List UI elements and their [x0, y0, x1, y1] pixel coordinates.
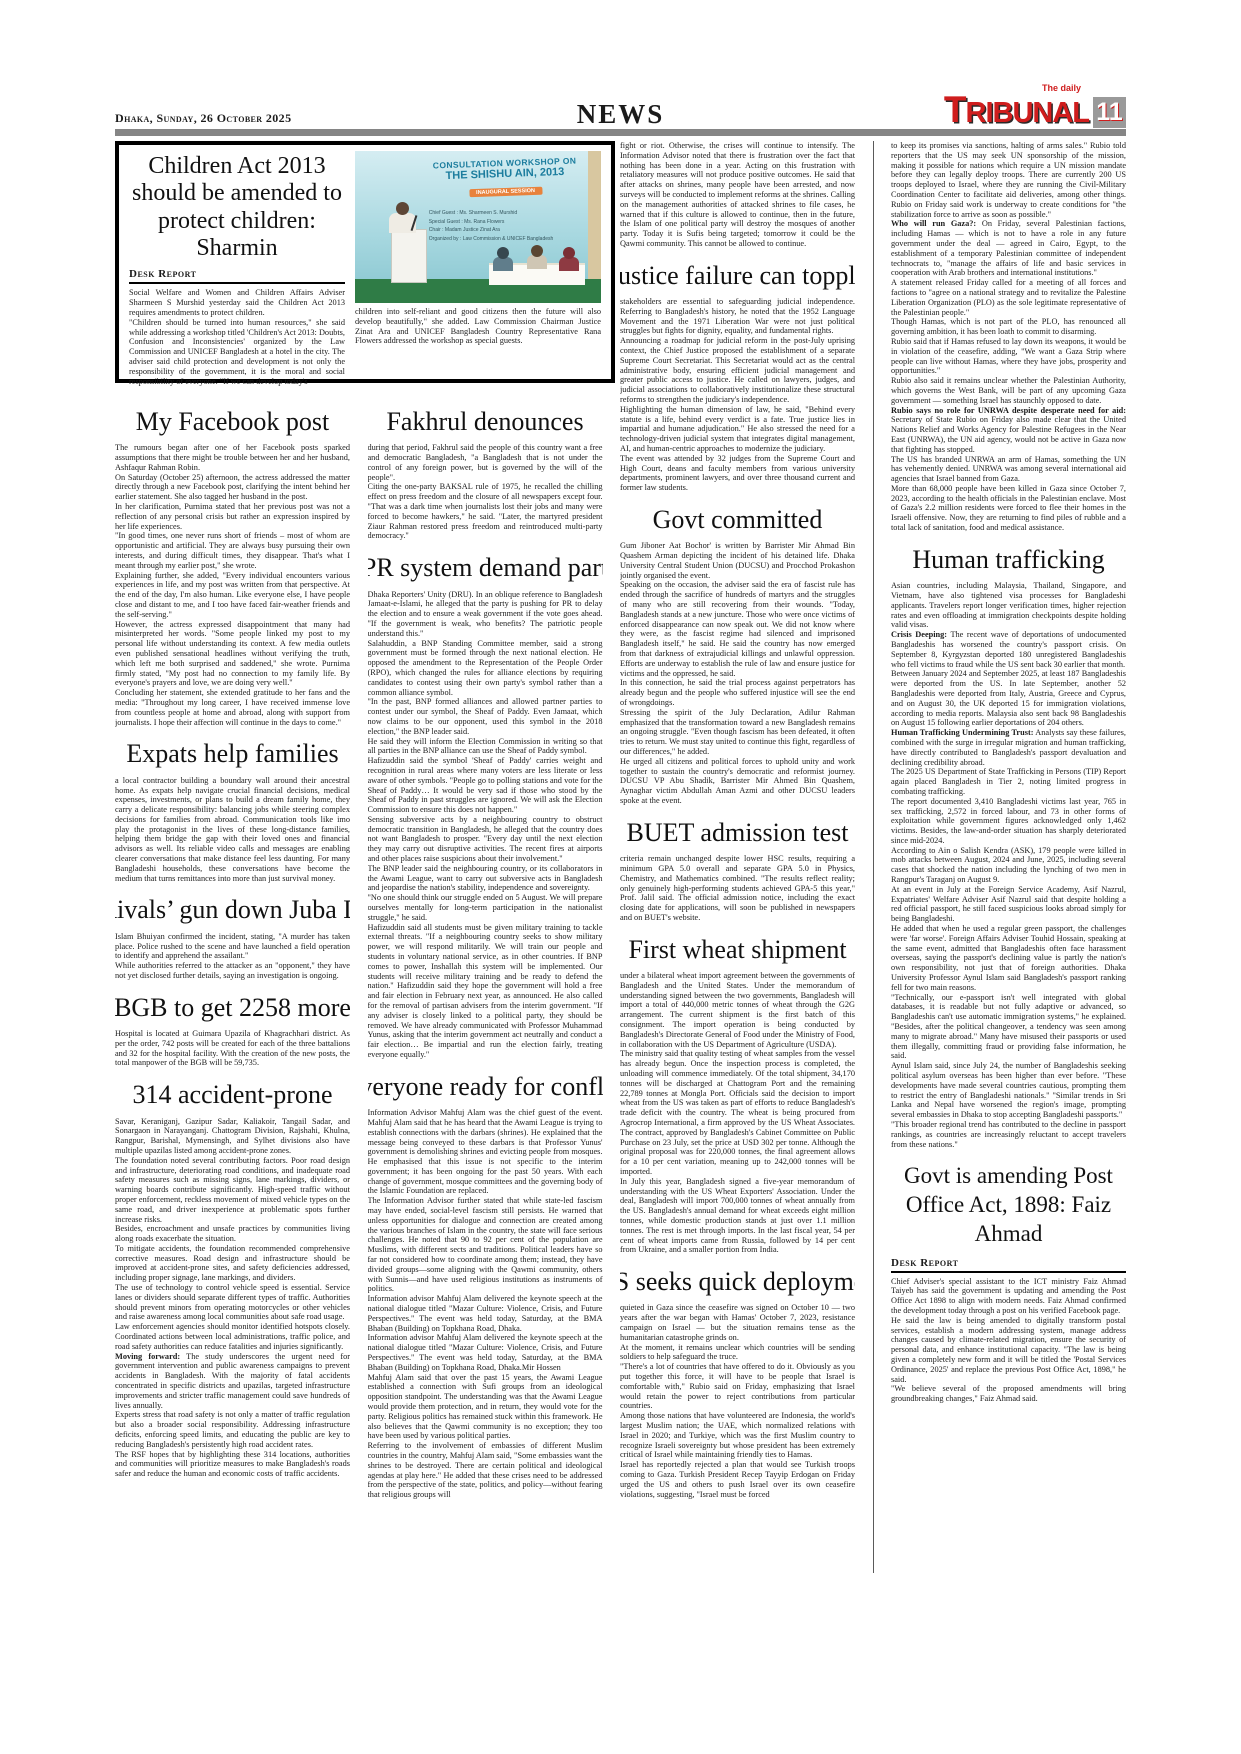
article-paragraph: Information Advisor Mahfuj Alam was the …	[368, 1108, 603, 1196]
photo-guest-figure-head	[497, 247, 509, 259]
paragraph-text: Citing the one-party BAKSAL rule of 1975…	[368, 482, 603, 540]
article-paragraph: Rubio says no role for UNRWA despite des…	[891, 406, 1126, 455]
article: PR system demand partDhaka Reporters' Un…	[368, 554, 603, 1060]
photo-guest-figure	[493, 257, 513, 271]
paragraph-text: Dhaka Reporters' Unity (DRU). In an obli…	[368, 590, 603, 638]
paragraph-text: a local contractor building a boundary w…	[115, 776, 350, 883]
article-paragraph: More than 68,000 people have been killed…	[891, 484, 1126, 533]
article: Justice failure can topplestakeholders a…	[620, 262, 855, 493]
article-paragraph: Who will run Gaza?: On Friday, several P…	[891, 219, 1126, 278]
article: to keep its promises via sanctions, halt…	[891, 141, 1126, 533]
article-paragraph: Chief Adviser's special assistant to the…	[891, 1277, 1126, 1316]
article-paragraph: quieted in Gaza since the ceasefire was …	[620, 1303, 855, 1342]
paragraph-text: Rubio said that if Hamas refused to lay …	[891, 337, 1126, 375]
masthead: The daily TRIBUNAL 11	[944, 83, 1126, 128]
article: Fakhrul denouncesduring that period, Fak…	[368, 408, 603, 541]
paragraph-text: Gum Jiboner Aat Bochor' is written by Ba…	[620, 541, 855, 579]
paragraph-text: Referring to the involvement of embassie…	[368, 1441, 603, 1499]
paragraph-text: The use of technology to control vehicle…	[115, 1283, 350, 1321]
paragraph-text: In July this year, Bangladesh signed a f…	[620, 1177, 855, 1255]
article-paragraph: to keep its promises via sanctions, halt…	[891, 141, 1126, 219]
article-paragraph: At the moment, it remains unclear which …	[620, 1343, 855, 1363]
paragraph-text: He urged all citizens and political forc…	[620, 757, 855, 805]
paragraph-text: He said they will inform the Election Co…	[368, 737, 603, 756]
paragraph-text: The US has branded UNRWA an arm of Hamas…	[891, 455, 1126, 484]
article-paragraph: Savar, Keraniganj, Gazipur Sadar, Kaliak…	[115, 1117, 350, 1156]
article-paragraph: Information advisor Mahfuj Alam delivere…	[368, 1294, 603, 1333]
article-paragraph: "We believe several of the proposed amen…	[891, 1384, 1126, 1404]
article-paragraph: stakeholders are essential to safeguardi…	[620, 297, 855, 336]
article-paragraph: In July this year, Bangladesh signed a f…	[620, 1177, 855, 1255]
article: fight or riot. Otherwise, the crises wil…	[620, 141, 855, 249]
article-paragraph: To mitigate accidents, the foundation re…	[115, 1244, 350, 1283]
article-paragraph: Experts stress that road safety is not o…	[115, 1410, 350, 1449]
article-paragraph: Speaking on the occasion, the adviser sa…	[620, 580, 855, 678]
paragraph-text: At an event in July at the Foreign Servi…	[891, 885, 1126, 923]
photo-guest-figure	[559, 257, 579, 271]
paragraph-text: "This broader regional trend has contrib…	[891, 1120, 1126, 1149]
article-paragraph: He added that when he used a regular gre…	[891, 924, 1126, 993]
article: ‘Rivals’ gun down Juba DalIslam Bhuiyan …	[115, 896, 350, 980]
article-paragraph: Israel has reportedly rejected a plan th…	[620, 1460, 855, 1499]
article: Human traffickingAsian countries, includ…	[891, 546, 1126, 1150]
paragraph-text: stakeholders are essential to safeguardi…	[620, 297, 855, 335]
paragraph-text: The foundation noted several contributin…	[115, 1156, 350, 1224]
paragraph-text: Salahuddin, a BNP Standing Committee mem…	[368, 639, 603, 697]
article-paragraph: He said the law is being amended to digi…	[891, 1316, 1126, 1385]
paragraph-lead: Human Trafficking Undermining Trust:	[891, 728, 1033, 737]
article-paragraph: Hafizuddin said the symbol 'Sheaf of Pad…	[368, 756, 603, 815]
article: 314 accident-proneSavar, Keraniganj, Gaz…	[115, 1081, 350, 1479]
article-paragraph: "Children should be turned into human re…	[129, 318, 345, 387]
article-paragraph: The ministry said that quality testing o…	[620, 1049, 855, 1176]
article-paragraph: The Information Advisor further stated t…	[368, 1196, 603, 1294]
paragraph-text: Among those nations that have volunteere…	[620, 1411, 855, 1459]
article-paragraph: Announcing a roadmap for judicial reform…	[620, 336, 855, 405]
paragraph-text: The report documented 3,410 Bangladeshi …	[891, 797, 1126, 845]
newspaper-logo: The daily TRIBUNAL	[944, 83, 1089, 128]
photo-guest-figure-head	[563, 247, 575, 259]
article-paragraph: "This broader regional trend has contrib…	[891, 1120, 1126, 1149]
article-headline: Fakhrul denounces	[368, 408, 603, 435]
paragraph-text: However, the actress expressed disappoin…	[115, 620, 350, 688]
article-headline: BUET admission test	[620, 819, 855, 846]
article: Expats help familiesa local contractor b…	[115, 740, 350, 883]
article-paragraph: The report documented 3,410 Bangladeshi …	[891, 797, 1126, 846]
paragraph-text: Sensing subversive acts by a neighbourin…	[368, 815, 603, 863]
paragraph-text: "In good times, one never runs short of …	[115, 531, 350, 569]
lead-story-media: CONSULTATION WORKSHOP ON THE SHISHU AIN,…	[355, 151, 601, 373]
paragraph-text: Rubio also said it remains unclear wheth…	[891, 376, 1126, 405]
header-rule	[115, 129, 1126, 136]
paragraph-text: Highlighting the human dimension of law,…	[620, 405, 855, 453]
photo-guest-figure-head	[531, 245, 543, 257]
photo-podium	[391, 229, 427, 283]
paragraph-text: Hafizuddin said all students must be giv…	[368, 923, 603, 1059]
article-paragraph: fight or riot. Otherwise, the crises wil…	[620, 141, 855, 249]
photo-guest-line: Chair : Madam Justice Zinat Ara	[429, 226, 554, 235]
paragraph-text: The rumours began after one of her Faceb…	[115, 443, 350, 472]
paragraph-text: At the moment, it remains unclear which …	[620, 1343, 855, 1362]
article: US seeks quick deploymentquieted in Gaza…	[620, 1268, 855, 1499]
article-paragraph: However, the actress expressed disappoin…	[115, 620, 350, 689]
article-paragraph: during that period, Fakhrul said the peo…	[368, 443, 603, 482]
article-paragraph: Law enforcement agencies should monitor …	[115, 1322, 350, 1351]
article-paragraph: Highlighting the human dimension of law,…	[620, 405, 855, 454]
photo-banner: CONSULTATION WORKSHOP ON THE SHISHU AIN,…	[418, 155, 591, 201]
paragraph-lead: Who will run Gaza?:	[891, 219, 976, 228]
date-line: Dhaka, Sunday, 26 October 2025	[115, 111, 291, 128]
article-paragraph: Explaining further, she added, "Every in…	[115, 571, 350, 620]
article-paragraph: The BNP leader said the neighbouring cou…	[368, 864, 603, 893]
paragraph-text: He said the law is being amended to digi…	[891, 1316, 1126, 1384]
paragraph-text: According to Ain o Salish Kendra (ASK), …	[891, 846, 1126, 884]
article-headline: Govt committed	[620, 506, 855, 533]
article-paragraph: Citing the one-party BAKSAL rule of 1975…	[368, 482, 603, 541]
article: BGB to get 2258 moreHospital is located …	[115, 994, 350, 1068]
paragraph-text: criteria remain unchanged despite lower …	[620, 854, 855, 922]
byline-rule	[891, 1271, 1126, 1273]
article-paragraph: Asian countries, including Malaysia, Tha…	[891, 581, 1126, 630]
paragraph-text: Stressing the spirit of the July Declara…	[620, 708, 855, 756]
article-paragraph: The 2025 US Department of State Traffick…	[891, 767, 1126, 796]
article-paragraph: Between January 2024 and September 2025,…	[891, 669, 1126, 728]
paragraph-text: The 2025 US Department of State Traffick…	[891, 767, 1126, 796]
photo-speaker-head	[396, 202, 409, 215]
paragraph-text: Islam Bhuiyan confirmed the incident, st…	[115, 932, 350, 961]
paragraph-text: Information advisor Mahfuj Alam delivere…	[368, 1294, 603, 1332]
article-paragraph: Information advisor Mahfuj Alam delivere…	[368, 1333, 603, 1372]
article-headline: 314 accident-prone	[115, 1081, 350, 1108]
article-headline: Expats help families	[115, 740, 350, 767]
article: Everyone ready for conflictInformation A…	[368, 1073, 603, 1500]
article-paragraph: While authorities referred to the attack…	[115, 961, 350, 981]
paragraph-text: While authorities referred to the attack…	[115, 961, 350, 980]
article-paragraph: "In the past, BNP formed alliances and a…	[368, 697, 603, 736]
paragraph-text: The Information Advisor further stated t…	[368, 1196, 603, 1293]
column-4: to keep its promises via sanctions, halt…	[891, 141, 1126, 1573]
article-paragraph: criteria remain unchanged despite lower …	[620, 854, 855, 923]
paragraph-text: The event was attended by 32 judges from…	[620, 454, 855, 492]
article-paragraph: Hospital is located at Guimara Upazila o…	[115, 1029, 350, 1068]
article-paragraph: He urged all citizens and political forc…	[620, 757, 855, 806]
paragraph-text: Though Hamas, which is not part of the P…	[891, 317, 1126, 336]
paragraph-text: "We believe several of the proposed amen…	[891, 1384, 1126, 1403]
article-paragraph: At an event in July at the Foreign Servi…	[891, 885, 1126, 924]
paragraph-text: "In the past, BNP formed alliances and a…	[368, 697, 603, 735]
newspaper-page: Dhaka, Sunday, 26 October 2025 NEWS The …	[0, 0, 1241, 1754]
article-paragraph: Social Welfare and Women and Children Af…	[129, 288, 345, 317]
article-paragraph: According to Ain o Salish Kendra (ASK), …	[891, 846, 1126, 885]
article-paragraph: Aynul Islam said, since July 24, the num…	[891, 1061, 1126, 1120]
paragraph-text: Chief Adviser's special assistant to the…	[891, 1277, 1126, 1315]
lead-story-text: Children Act 2013 should be amended to p…	[129, 151, 345, 373]
article-paragraph: The use of technology to control vehicle…	[115, 1283, 350, 1322]
article-headline: First wheat shipment	[620, 936, 855, 963]
paragraph-text: "There's a lot of countries that have of…	[620, 1362, 855, 1410]
paragraph-lead: Crisis Deeping:	[891, 630, 947, 639]
article-paragraph: On Saturday (October 25) afternoon, the …	[115, 473, 350, 502]
page-number-badge: 11	[1093, 97, 1126, 128]
article-paragraph: Rubio also said it remains unclear wheth…	[891, 376, 1126, 405]
paragraph-text: Experts stress that road safety is not o…	[115, 1410, 350, 1448]
photo-guest-line: Chief Guest : Ms. Sharmeen S. Murshid	[429, 209, 554, 218]
article-paragraph: The US has branded UNRWA an arm of Hamas…	[891, 455, 1126, 484]
content-area: Children Act 2013 should be amended to p…	[115, 141, 1126, 1573]
article-paragraph: Stressing the spirit of the July Declara…	[620, 708, 855, 757]
article-paragraph: Though Hamas, which is not part of the P…	[891, 317, 1126, 337]
article-headline: Children Act 2013 should be amended to p…	[129, 153, 345, 262]
article-paragraph: Among those nations that have volunteere…	[620, 1411, 855, 1460]
column-divider	[873, 141, 874, 1573]
paragraph-lead: Rubio says no role for UNRWA despite des…	[891, 406, 1126, 415]
article-paragraph: Besides, encroachment and unsafe practic…	[115, 1224, 350, 1244]
article-paragraph: In this connection, he said the trial pr…	[620, 678, 855, 707]
paragraph-text: Savar, Keraniganj, Gazipur Sadar, Kaliak…	[115, 1117, 350, 1155]
workshop-photo: CONSULTATION WORKSHOP ON THE SHISHU AIN,…	[355, 151, 601, 303]
article: Govt committedGum Jiboner Aat Bochor' is…	[620, 506, 855, 806]
paragraph-text: Secretary of State Rubio on Friday also …	[891, 415, 1126, 453]
paragraph-text: to keep its promises via sanctions, halt…	[891, 141, 1126, 219]
byline: Desk Report	[891, 1257, 1126, 1269]
paragraph-text: Between January 2024 and September 2025,…	[891, 669, 1126, 727]
article-paragraph: The rumours began after one of her Faceb…	[115, 443, 350, 472]
column-3: fight or riot. Otherwise, the crises wil…	[620, 141, 855, 1573]
article: My Facebook postThe rumours began after …	[115, 408, 350, 727]
article-paragraph: The event was attended by 32 judges from…	[620, 454, 855, 493]
paragraph-text: Information Advisor Mahfuj Alam was the …	[368, 1108, 603, 1195]
article-headline: US seeks quick deployment	[620, 1268, 855, 1295]
article-headline: Govt is amending Post Office Act, 1898: …	[891, 1162, 1126, 1248]
article-paragraph: Gum Jiboner Aat Bochor' is written by Ba…	[620, 541, 855, 580]
byline-rule	[129, 282, 345, 284]
paragraph-text: Asian countries, including Malaysia, Tha…	[891, 581, 1126, 629]
paragraph-text: Speaking on the occasion, the adviser sa…	[620, 580, 855, 677]
photo-guest-list: Chief Guest : Ms. Sharmeen S. Murshid Sp…	[429, 209, 554, 243]
paragraph-text: Mahfuj Alam said that over the past 15 y…	[368, 1373, 603, 1441]
article-paragraph: Human Trafficking Undermining Trust: Ana…	[891, 728, 1126, 767]
paragraph-text: To mitigate accidents, the foundation re…	[115, 1244, 350, 1282]
paragraph-text: "No one should think our struggle ended …	[368, 893, 603, 922]
article-headline: Human trafficking	[891, 546, 1126, 573]
lead-story-box: Children Act 2013 should be amended to p…	[115, 141, 615, 383]
article-paragraph: "No one should think our struggle ended …	[368, 893, 603, 922]
article: Govt is amending Post Office Act, 1898: …	[891, 1162, 1126, 1404]
article-paragraph: Sensing subversive acts by a neighbourin…	[368, 815, 603, 864]
paragraph-text: "Technically, our e-passport isn't well …	[891, 993, 1126, 1061]
article-paragraph: a local contractor building a boundary w…	[115, 776, 350, 884]
article-paragraph: A statement released Friday called for a…	[891, 278, 1126, 317]
article-paragraph: under a bilateral wheat import agreement…	[620, 971, 855, 1049]
paragraph-text: More than 68,000 people have been killed…	[891, 484, 1126, 532]
paragraph-text: under a bilateral wheat import agreement…	[620, 971, 855, 1049]
article-paragraph: "Technically, our e-passport isn't well …	[891, 993, 1126, 1062]
article-paragraph: Concluding her statement, she extended g…	[115, 688, 350, 727]
photo-session-badge: INAUGURAL SESSION	[469, 187, 542, 198]
paragraph-text: He added that when he used a regular gre…	[891, 924, 1126, 992]
paragraph-text: quieted in Gaza since the ceasefire was …	[620, 1303, 855, 1341]
paragraph-text: Concluding her statement, she extended g…	[115, 688, 350, 726]
photo-guest-line: Organized by : Law Commission & UNICEF B…	[429, 235, 554, 244]
article-paragraph: Referring to the involvement of embassie…	[368, 1441, 603, 1500]
paragraph-text: fight or riot. Otherwise, the crises wil…	[620, 141, 855, 248]
article-paragraph: Hafizuddin said all students must be giv…	[368, 923, 603, 1060]
paragraph-text: Information advisor Mahfuj Alam delivere…	[368, 1333, 603, 1371]
article-paragraph: Salahuddin, a BNP Standing Committee mem…	[368, 639, 603, 698]
byline: Desk Report	[129, 268, 345, 280]
paragraph-text: A statement released Friday called for a…	[891, 278, 1126, 316]
article-paragraph: "There's a lot of countries that have of…	[620, 1362, 855, 1411]
photo-guest-figure	[527, 255, 547, 269]
article-paragraph: "In good times, one never runs short of …	[115, 531, 350, 570]
paragraph-text: Hafizuddin said the symbol 'Sheaf of Pad…	[368, 756, 603, 814]
paragraph-lead: Moving forward:	[115, 1352, 180, 1361]
article-paragraph: Moving forward: The study underscores th…	[115, 1352, 350, 1411]
paragraph-text: Hospital is located at Guimara Upazila o…	[115, 1029, 350, 1067]
paragraph-text: Law enforcement agencies should monitor …	[115, 1322, 350, 1351]
article: First wheat shipmentunder a bilateral wh…	[620, 936, 855, 1255]
article-paragraph: Crisis Deeping: The recent wave of depor…	[891, 630, 1126, 669]
paragraph-text: Explaining further, she added, "Every in…	[115, 571, 350, 619]
paragraph-text: In her clarification, Purnima stated tha…	[115, 502, 350, 531]
article: BUET admission testcriteria remain uncha…	[620, 819, 855, 923]
paragraph-text: The BNP leader said the neighbouring cou…	[368, 864, 603, 893]
paragraph-text: Announcing a roadmap for judicial reform…	[620, 336, 855, 404]
paragraph-text: On Saturday (October 25) afternoon, the …	[115, 473, 350, 502]
article-paragraph: children into self-reliant and good citi…	[355, 307, 601, 346]
paragraph-text: The RSF hopes that by highlighting these…	[115, 1450, 350, 1479]
article-headline: Everyone ready for conflict	[368, 1073, 603, 1100]
article-paragraph: In her clarification, Purnima stated tha…	[115, 502, 350, 531]
article-paragraph: He said they will inform the Election Co…	[368, 737, 603, 757]
paragraph-text: Besides, encroachment and unsafe practic…	[115, 1224, 350, 1243]
paragraph-text: during that period, Fakhrul said the peo…	[368, 443, 603, 481]
paragraph-text: In this connection, he said the trial pr…	[620, 678, 855, 707]
photo-guest-line: Special Guest : Ms. Rana Flowers	[429, 218, 554, 227]
article-headline: ‘Rivals’ gun down Juba Dal	[115, 896, 350, 923]
article-paragraph: The foundation noted several contributin…	[115, 1156, 350, 1225]
article-headline: My Facebook post	[115, 408, 350, 435]
article-paragraph: The RSF hopes that by highlighting these…	[115, 1450, 350, 1479]
article-paragraph: Dhaka Reporters' Unity (DRU). In an obli…	[368, 590, 603, 639]
article-paragraph: Rubio said that if Hamas refused to lay …	[891, 337, 1126, 376]
paragraph-text: Aynul Islam said, since July 24, the num…	[891, 1061, 1126, 1119]
paragraph-text: Israel has reportedly rejected a plan th…	[620, 1460, 855, 1498]
logo-wordmark: TRIBUNAL	[944, 91, 1089, 128]
article-paragraph: Islam Bhuiyan confirmed the incident, st…	[115, 932, 350, 961]
article-headline: PR system demand part	[368, 554, 603, 581]
paragraph-text: The ministry said that quality testing o…	[620, 1049, 855, 1176]
article-paragraph: Mahfuj Alam said that over the past 15 y…	[368, 1373, 603, 1442]
article-headline: Justice failure can topple	[620, 262, 855, 289]
page-header: Dhaka, Sunday, 26 October 2025 NEWS The …	[115, 92, 1126, 128]
article-headline: BGB to get 2258 more	[115, 994, 350, 1021]
